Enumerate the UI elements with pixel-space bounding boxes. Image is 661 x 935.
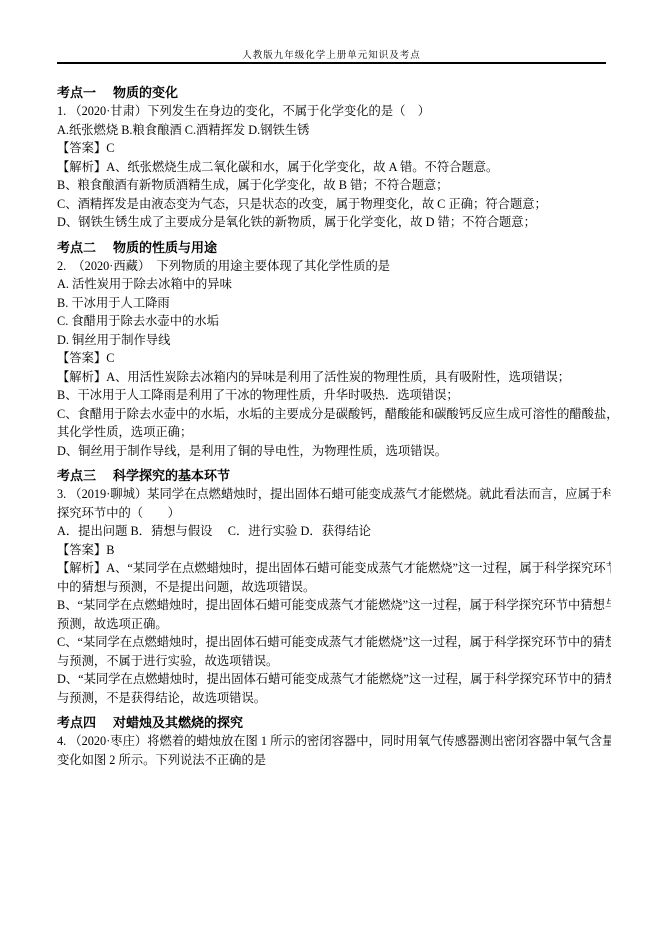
- document-content: 考点一物质的变化 1. （2020·甘肃）下列发生在身边的变化，不属于化学变化的…: [57, 77, 611, 769]
- section-heading-title: 科学探究的基本环节: [113, 468, 230, 483]
- options-line: A．提出问题 B．猜想与假设 C．进行实验 D．获得结论: [57, 522, 611, 541]
- analysis-continuation-line: 预测，故选项正确。: [57, 615, 611, 634]
- analysis-line: 【解析】A、用活性炭除去冰箱内的异味是利用了活性炭的物理性质，具有吸附性，选项错…: [57, 368, 611, 387]
- options-line: A.纸张燃烧 B.粮食酿酒 C.酒精挥发 D.钢铁生锈: [57, 121, 611, 140]
- option-line: A. 活性炭用于除去冰箱中的异味: [57, 275, 611, 294]
- question-continuation-line: 探究环节中的（ ）: [57, 504, 611, 523]
- analysis-line: C、酒精挥发是由液态变为气态，只是状态的改变，属于物理变化，故 C 正确；符合题…: [57, 195, 611, 214]
- section-heading-label: 考点一: [57, 85, 96, 100]
- analysis-line: B、粮食酿酒有新物质酒精生成，属于化学变化，故 B 错；不符合题意；: [57, 176, 611, 195]
- analysis-line: B、“某同学在点燃蜡烛时，提出固体石蜡可能变成蒸气才能燃烧”这一过程，属于科学探…: [57, 596, 611, 615]
- analysis-line: D、铜丝用于制作导线，是利用了铜的导电性，为物理性质，选项错误。: [57, 442, 611, 461]
- analysis-continuation-line: 与预测，不属于进行实验，故选项错误。: [57, 652, 611, 671]
- section-heading-title: 对蜡烛及其燃烧的探究: [113, 715, 243, 730]
- question-line: 1. （2020·甘肃）下列发生在身边的变化，不属于化学变化的是（ ）: [57, 102, 611, 121]
- analysis-line: D、“某同学在点燃蜡烛时，提出固体石蜡可能变成蒸气才能燃烧”这一过程，属于科学探…: [57, 670, 611, 689]
- section-heading-label: 考点三: [57, 468, 96, 483]
- analysis-continuation-line: 中的猜想与预测，不是提出问题，故选项错误。: [57, 578, 611, 597]
- question-line: 3. （2019·聊城）某同学在点燃蜡烛时，提出固体石蜡可能变成蒸气才能燃烧。就…: [57, 485, 611, 504]
- question-continuation-line: 变化如图 2 所示。下列说法不正确的是: [57, 751, 611, 770]
- page-header: 人教版九年级化学上册单元知识及考点: [57, 0, 606, 64]
- page-header-title: 人教版九年级化学上册单元知识及考点: [242, 51, 421, 61]
- option-line: C. 食醋用于除去水壶中的水垢: [57, 312, 611, 331]
- analysis-line: 【解析】A、“某同学在点燃蜡烛时，提出固体石蜡可能变成蒸气才能燃烧”这一过程，属…: [57, 559, 611, 578]
- document-page: 人教版九年级化学上册单元知识及考点 考点一物质的变化 1. （2020·甘肃）下…: [0, 0, 661, 935]
- section-heading-kaodian-4: 考点四对蜡烛及其燃烧的探究: [57, 713, 611, 732]
- analysis-line: C、“某同学在点燃蜡烛时，提出固体石蜡可能变成蒸气才能燃烧”这一过程，属于科学探…: [57, 633, 611, 652]
- section-heading-kaodian-3: 考点三科学探究的基本环节: [57, 466, 611, 485]
- answer-line: 【答案】C: [57, 349, 611, 368]
- analysis-line: 【解析】A、纸张燃烧生成二氧化碳和水，属于化学变化，故 A 错。不符合题意。: [57, 158, 611, 177]
- question-line: 2. （2020·西藏） 下列物质的用途主要体现了其化学性质的是: [57, 257, 611, 276]
- analysis-line: B、干冰用于人工降雨是利用了干冰的物理性质，升华时吸热．选项错误；: [57, 386, 611, 405]
- section-heading-kaodian-2: 考点二物质的性质与用途: [57, 238, 611, 257]
- analysis-continuation-line: 其化学性质，选项正确；: [57, 423, 611, 442]
- analysis-line: C、食醋用于除去水壶中的水垢，水垢的主要成分是碳酸钙，醋酸能和碳酸钙反应生成可溶…: [57, 405, 611, 424]
- section-heading-label: 考点二: [57, 240, 96, 255]
- option-line: D. 铜丝用于制作导线: [57, 331, 611, 350]
- answer-line: 【答案】B: [57, 541, 611, 560]
- question-line: 4. （2020·枣庄）将燃着的蜡烛放在图 1 所示的密闭容器中，同时用氧气传感…: [57, 732, 611, 751]
- answer-line: 【答案】C: [57, 139, 611, 158]
- option-line: B. 干冰用于人工降雨: [57, 294, 611, 313]
- analysis-continuation-line: 与预测，不是获得结论，故选项错误。: [57, 689, 611, 708]
- section-heading-kaodian-1: 考点一物质的变化: [57, 83, 611, 102]
- section-heading-label: 考点四: [57, 715, 96, 730]
- section-heading-title: 物质的性质与用途: [113, 240, 217, 255]
- analysis-line: D、钢铁生锈生成了主要成分是氧化铁的新物质，属于化学变化，故 D 错；不符合题意…: [57, 213, 611, 232]
- section-heading-title: 物质的变化: [113, 85, 178, 100]
